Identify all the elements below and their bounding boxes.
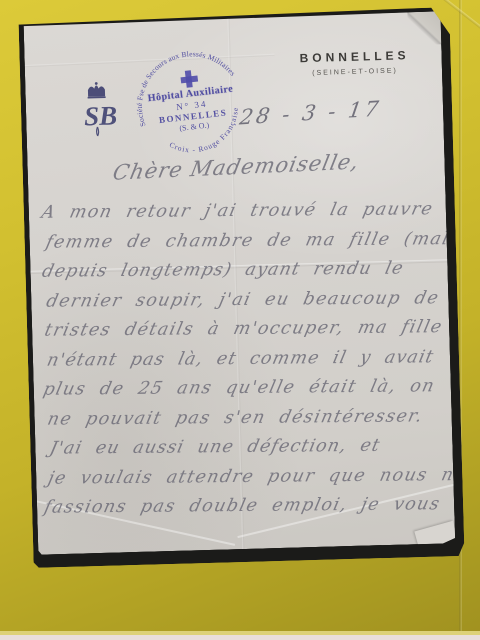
letter-line: plus de 25 ans qu'elle était là, on (40, 372, 452, 405)
letterhead-town: BONNELLES (299, 48, 409, 65)
letterhead: BONNELLES (SEINE-ET-OISE) (299, 48, 410, 77)
crowned-monogram-icon: SB (77, 80, 117, 139)
letter-card: SB Société Fse de Secours aux Blessés Mi… (18, 7, 464, 568)
letter-line: ne pouvait pas s'en désintéresser. (44, 402, 452, 435)
letter-line: A mon retour j'ai trouvé la pauvre (38, 195, 450, 228)
letter-line: n'étant pas là, et comme il y avait (44, 343, 452, 376)
stamp-center: Hôpital Auxiliaire N° 34 BONNELLES (S. &… (125, 40, 258, 173)
svg-text:SB: SB (84, 100, 117, 131)
paper-corner-fold-bottom-right (414, 521, 460, 557)
letter-line: J'ai eu aussi une défection, et (47, 431, 453, 464)
letter-line: depuis longtemps) ayant rendu le (39, 254, 451, 287)
hospital-stamp: Société Fse de Secours aux Blessés Milit… (130, 45, 253, 168)
handwritten-date: 28 - 3 - 17 (238, 97, 383, 130)
table-edge (0, 635, 480, 640)
photo-background: SB Société Fse de Secours aux Blessés Mi… (0, 0, 480, 640)
letter-line: tristes détails à m'occuper, ma fille (41, 313, 451, 346)
paper-corner-fold-top-right (407, 10, 442, 45)
letter-line: je voulais attendre pour que nous ne (45, 461, 453, 494)
letter-line: fassions pas double emploi, je vous (41, 490, 453, 523)
letter-line: dernier soupir, j'ai eu beaucoup de (43, 284, 451, 317)
monogram-letters: SB (84, 100, 117, 136)
letter-body: A mon retour j'ai trouvé la pauvrefemme … (42, 195, 450, 523)
letterhead-department: (SEINE-ET-OISE) (300, 67, 410, 77)
letter-paper: SB Société Fse de Secours aux Blessés Mi… (24, 11, 456, 554)
red-cross-icon (179, 70, 198, 89)
letter-line: femme de chambre de ma fille (malade (43, 225, 451, 258)
